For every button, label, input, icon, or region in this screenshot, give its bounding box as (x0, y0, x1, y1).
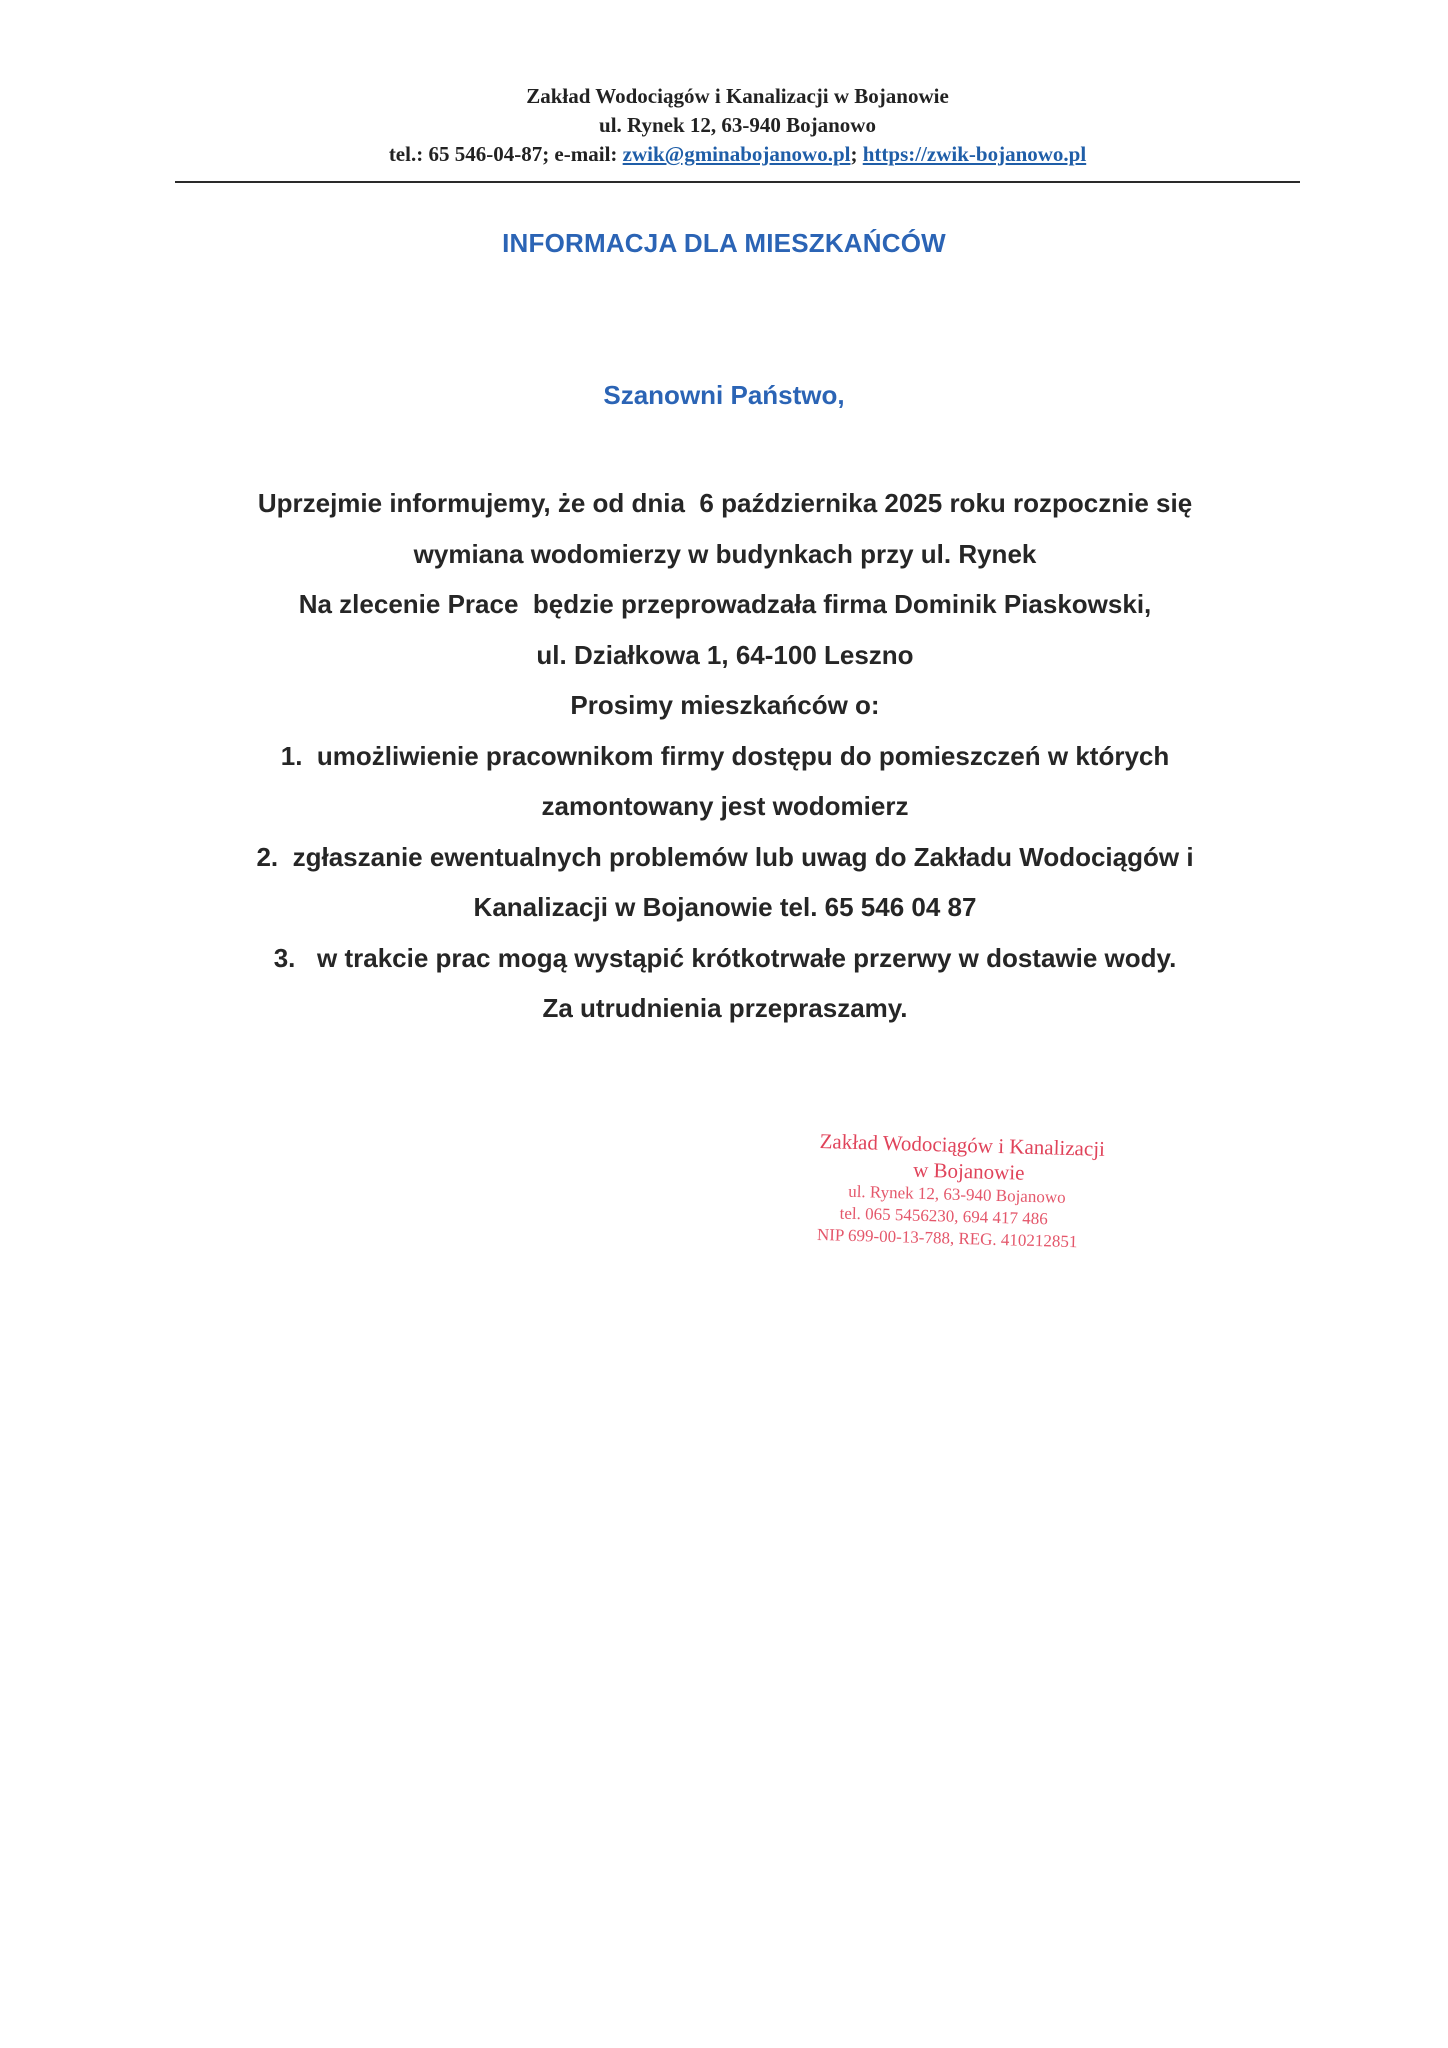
letterhead-address: ul. Rynek 12, 63-940 Bojanowo (175, 111, 1300, 140)
website-link[interactable]: https://zwik-bojanowo.pl (863, 142, 1086, 166)
letterhead-company-name: Zakład Wodociągów i Kanalizacji w Bojano… (175, 82, 1300, 111)
request-item-2-cont: Kanalizacji w Bojanowie tel. 65 546 04 8… (150, 882, 1300, 933)
letterhead: Zakład Wodociągów i Kanalizacji w Bojano… (175, 82, 1300, 169)
request-item-2: 2. zgłaszanie ewentualnych problemów lub… (150, 832, 1300, 883)
request-item-1-cont: zamontowany jest wodomierz (150, 781, 1300, 832)
contact-separator: ; (850, 142, 862, 166)
apology-line: Za utrudnienia przepraszamy. (150, 983, 1300, 1034)
letterhead-divider (175, 181, 1300, 183)
document-title: INFORMACJA DLA MIESZKAŃCÓW (0, 228, 1448, 259)
body-line: Uprzejmie informujemy, że od dnia 6 paźd… (150, 478, 1300, 529)
document-page: Zakład Wodociągów i Kanalizacji w Bojano… (0, 0, 1448, 2048)
request-item-3: 3. w trakcie prac mogą wystąpić krótkotr… (150, 933, 1300, 984)
greeting: Szanowni Państwo, (0, 380, 1448, 411)
body-line: Na zlecenie Prace będzie przeprowadzała … (150, 579, 1300, 630)
email-link[interactable]: zwik@gminabojanowo.pl (623, 142, 851, 166)
letterhead-phone: tel.: 65 546-04-87; e-mail: (389, 142, 623, 166)
body-line: ul. Działkowa 1, 64-100 Leszno (150, 630, 1300, 681)
request-item-1: 1. umożliwienie pracownikom firmy dostęp… (150, 731, 1300, 782)
request-intro: Prosimy mieszkańców o: (150, 680, 1300, 731)
company-stamp: Zakład Wodociągów i Kanalizacji w Bojano… (817, 1128, 1160, 1255)
letterhead-contact: tel.: 65 546-04-87; e-mail: zwik@gminabo… (175, 140, 1300, 169)
body-line: wymiana wodomierzy w budynkach przy ul. … (150, 529, 1300, 580)
document-body: Uprzejmie informujemy, że od dnia 6 paźd… (150, 478, 1300, 1034)
